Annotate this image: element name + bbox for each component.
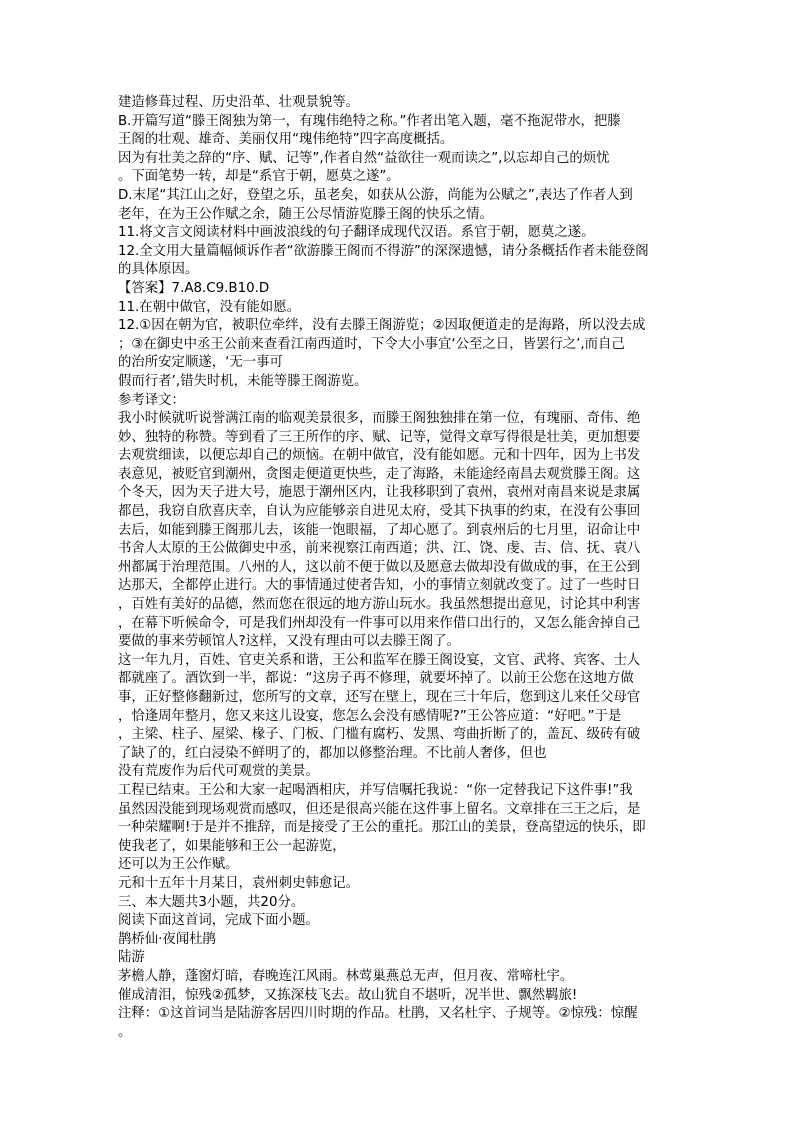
translation-line: 了缺了的，红白浸染不鲜明了的，都加以修整治理。不比前人奢侈，但也 (118, 745, 688, 764)
poem-line: 茅檐人静，蓬窗灯暗，春晚连江风雨。林莺巢燕总无声，但月夜、常啼杜宇。 (118, 968, 688, 987)
option-b-line: B.开篇写道“滕王阁独为第一，有瑰伟绝特之称。”作者出笔入题，毫不拖泥带水，把滕 (118, 113, 688, 132)
question-12: 12.全文用大量篇幅倾诉作者“欲游滕王阁而不得游”的深深遗憾，请分条概括作者未能… (118, 243, 688, 262)
translation-line: 妙、独特的称赞。等到看了三王所作的序、赋、记等，觉得文章写得很是壮美，更加想要 (118, 429, 688, 448)
translation-signature: 元和十五年十月某日，袁州刺史韩愈记。 (118, 875, 688, 894)
translation-line: 还可以为王公作赋。 (118, 856, 688, 875)
document-page: 建造修葺过程、历史沿革、壮观景貌等。 B.开篇写道“滕王阁独为第一，有瑰伟绝特之… (118, 94, 688, 1042)
question-11: 11.将文言文阅读材料中画波浪线的句子翻译成现代汉语。系官于朝，愿莫之遂。 (118, 224, 688, 243)
translation-line: 要做的事来劳顿馆人?这样，又没有理由可以去滕王阁了。 (118, 633, 688, 652)
text-line: 因为有壮美之辞的“序、赋、记等”,作者自然“益欲往一观而读之”,以忘却自己的烦忧 (118, 150, 688, 169)
translation-line: 书舍人太原的王公做御史中丞，前来视察江南西道；洪、江、饶、虔、吉、信、抚、袁八 (118, 540, 688, 559)
translation-line: 这一年九月，百姓、官吏关系和谐，王公和监军在滕王阁设宴，文官、武将、宾客、士人 (118, 652, 688, 671)
instruction: 阅读下面这首词，完成下面小题。 (118, 912, 688, 931)
translation-line: 都邑，我窃自欣喜庆幸，自认为应能够亲自进见太府，受其下执事的约束，在没有公事回 (118, 503, 688, 522)
poem-title: 鹊桥仙·夜闻杜鹃 (118, 931, 688, 950)
text-line: 的具体原因。 (118, 261, 688, 280)
answer-11: 11.在朝中做官，没有能如愿。 (118, 299, 688, 318)
translation-line: ，恰逢周年整月，您又来这儿设宴，您怎么会没有感情呢?”王公答应道：“好吧。”于是 (118, 708, 688, 727)
translation-line: ，主梁、柱子、屋梁、椽子、门板、门槛有腐朽、发黑、弯曲折断了的，盖瓦、级砖有破 (118, 726, 688, 745)
translation-line: ，百姓有美好的品德，然而您在很远的地方游山玩水。我虽然想提出意见，讨论其中利害 (118, 596, 688, 615)
text-line: 王阁的壮观、雄奇、美丽仅用“瑰伟绝特”四字高度概括。 (118, 131, 688, 150)
answer-12: 12.①因在朝为官，被职位牵绊，没有去滕王阁游览；②因取便道走的是海路，所以没去… (118, 317, 688, 336)
translation-line: 没有荒废作为后代可观赏的美景。 (118, 763, 688, 782)
option-d-line: D.末尾“其江山之好，登望之乐，虽老矣，如获从公游，尚能为公赋之”,表达了作者人… (118, 187, 688, 206)
translation-line: 我小时候就听说誉满江南的临观美景很多，而滕王阁独独排在第一位，有瑰丽、奇伟、绝 (118, 410, 688, 429)
text-line: 老年，在为王公作赋之余，随王公尽情游览滕王阁的快乐之情。 (118, 206, 688, 225)
translation-line: 一种荣耀啊!于是并不推辞，而是接受了王公的重托。那江山的美景，登高望远的快乐，即 (118, 819, 688, 838)
poem-line: 催成清泪，惊残②孤梦，又拣深枝飞去。故山犹自不堪听，况半世、飘然羁旅! (118, 987, 688, 1006)
translation-line: 达那天，全都停止进行。大的事情通过使者告知，小的事情立刻就改变了。过了一些时日 (118, 577, 688, 596)
text-line: ；③在御史中丞王公前来查看江南西道时，下令大小事宜‘公至之日，皆罢行之’,而自己 (118, 336, 688, 355)
text-line: 。下面笔势一转，却是“系官于朝，愿莫之遂”。 (118, 168, 688, 187)
translation-line: 表意见，被贬官到潮州，贪图走便道更快些，走了海路，未能途经南昌去观赏滕王阁。这 (118, 466, 688, 485)
translation-line: 工程已结束。王公和大家一起喝酒相庆，并写信嘱托我说：“你一定替我记下这件事!”我 (118, 782, 688, 801)
text-line: 建造修葺过程、历史沿革、壮观景貌等。 (118, 94, 688, 113)
answer-key: 【答案】7.A8.C9.B10.D (118, 280, 688, 299)
translation-line: 州都属于治理范围。八州的人，这以前不便于做以及愿意去做却没有做成的事，在王公到 (118, 559, 688, 578)
translation-line: 去观赏细读，以便忘却自己的烦恼。在朝中做官，没有能如愿。元和十四年，因为上书发 (118, 447, 688, 466)
translation-line: 都就座了。酒饮到一半，都说：“这房子再不修理，就要坏掉了。以前王公您在这地方做 (118, 670, 688, 689)
translation-line: ，在幕下听候命令，可是我们州却没有一件事可以用来作借口出行的，又怎么能舍掉自己 (118, 615, 688, 634)
translation-heading: 参考译文： (118, 392, 688, 411)
poem-notes: 。 (118, 1024, 688, 1043)
poem-author: 陆游 (118, 949, 688, 968)
translation-line: 使我老了，如果能够和王公一起游览， (118, 838, 688, 857)
text-line: 的治所安定顺遂，‘无一事可 (118, 354, 688, 373)
translation-line: 事，正好整修翻新过，您所写的文章，还写在壁上，现在三十年后，您到这儿来任父母官 (118, 689, 688, 708)
section-heading: 三、本大题共3小题，共20分。 (118, 894, 688, 913)
text-line: 假而行者’,错失时机，未能等滕王阁游览。 (118, 373, 688, 392)
poem-notes: 注释：①这首词当是陆游客居四川时期的作品。杜鹃，又名杜宇、子规等。②惊残：惊醒 (118, 1005, 688, 1024)
translation-line: 去后，如能到滕王阁那儿去，该能一饱眼福，了却心愿了。到袁州后的七月里，诏命让中 (118, 522, 688, 541)
translation-line: 个冬天，因为天子进大号，施恩于潮州区内，让我移职到了袁州，袁州对南昌来说是隶属 (118, 484, 688, 503)
translation-line: 虽然因没能到现场观赏而感叹，但还是很高兴能在这件事上留名。文章排在三王之后，是 (118, 801, 688, 820)
